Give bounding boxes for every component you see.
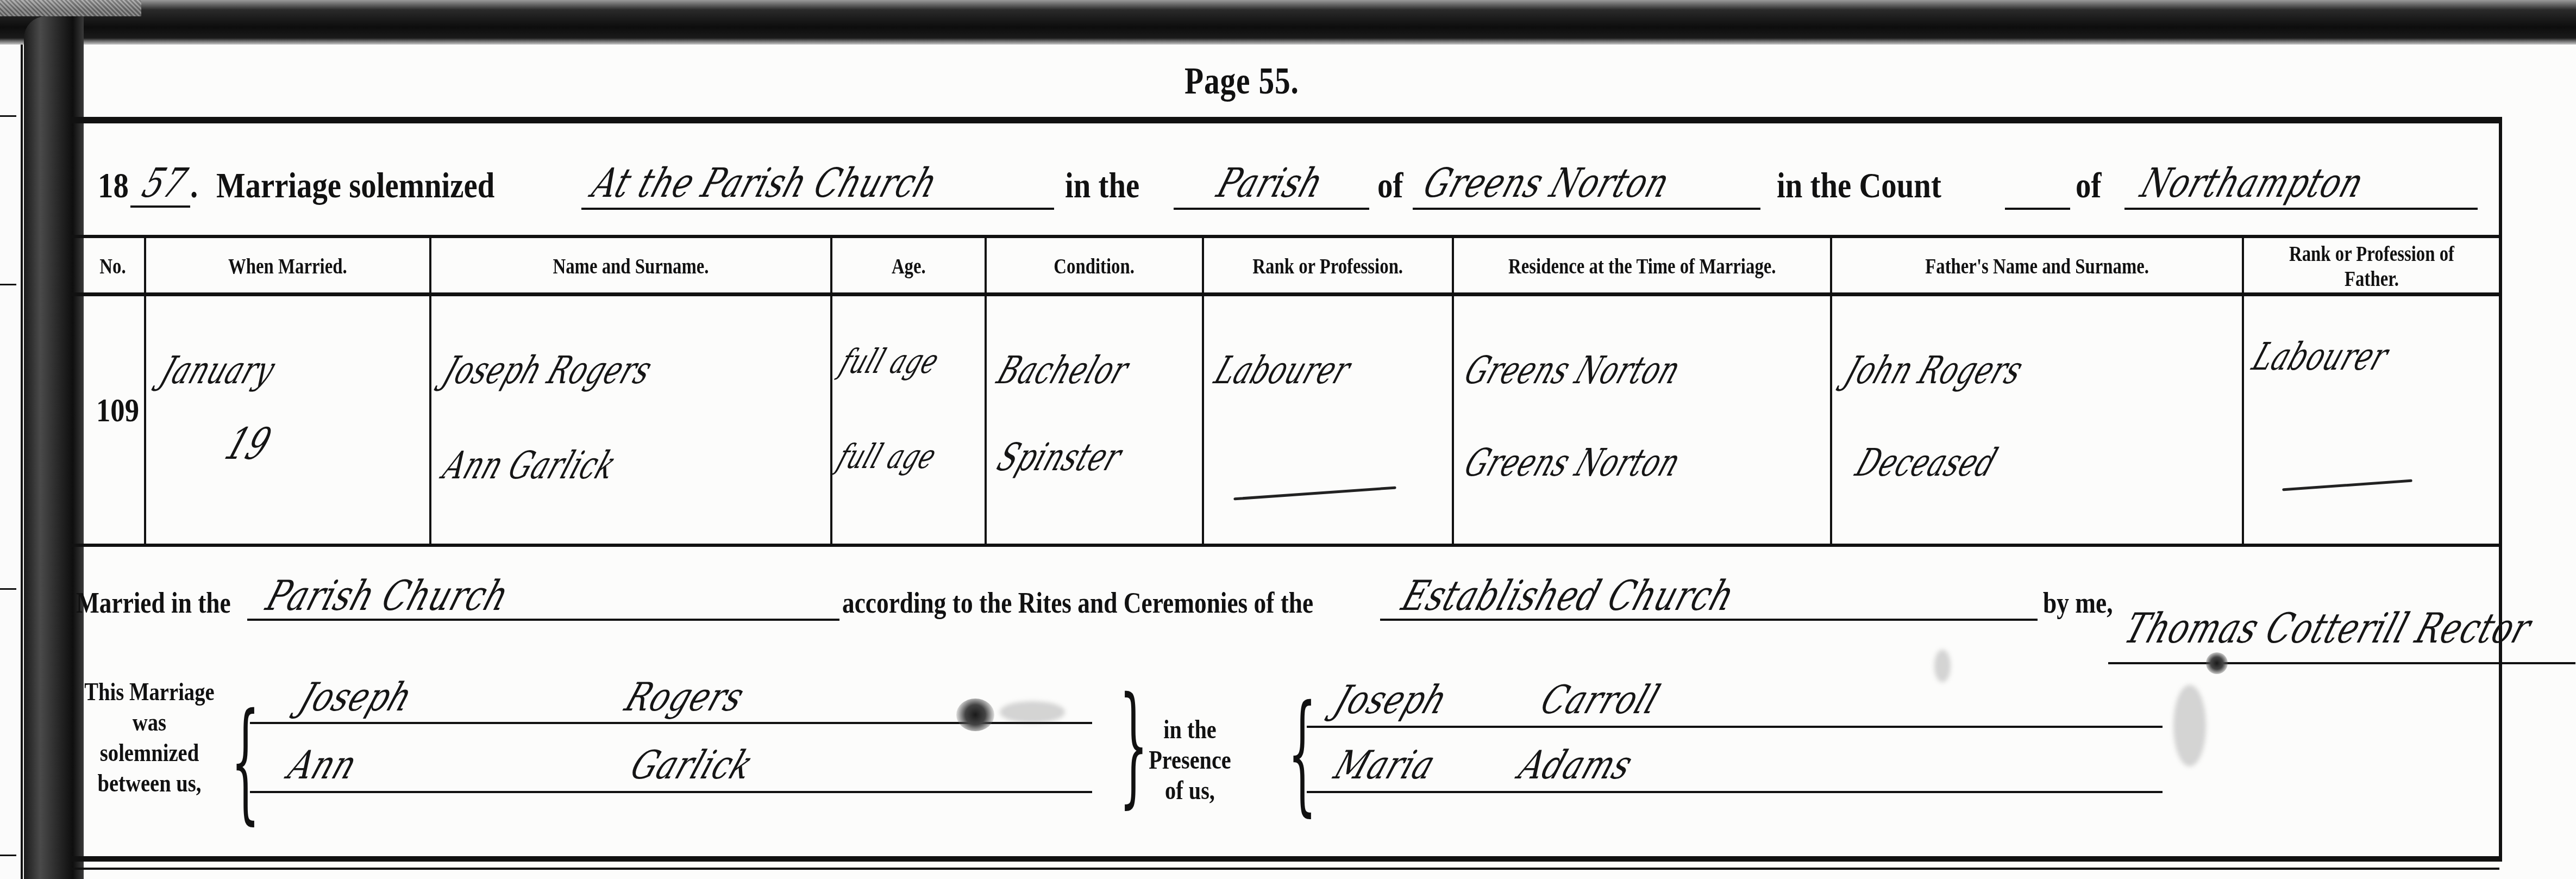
county-name-underline bbox=[2124, 208, 2478, 210]
register-title-line: 18 57 . Marriage solemnized At the Paris… bbox=[92, 147, 2499, 212]
previous-page-margin bbox=[0, 45, 23, 879]
year-dot: . bbox=[190, 165, 198, 207]
column-header-rank: Rank or Profession. bbox=[1204, 239, 1452, 294]
entry-number: 109 bbox=[96, 391, 139, 430]
column-header-condition: Condition. bbox=[987, 239, 1202, 294]
groom-father-name: John Rogers bbox=[1847, 348, 2089, 392]
entry-bottom-rule bbox=[71, 544, 2502, 547]
bride-condition: Spinster bbox=[1000, 435, 1167, 479]
witness-2-signature-line bbox=[1307, 791, 2163, 793]
margin-rule bbox=[0, 115, 16, 117]
married-in-value: Parish Church bbox=[261, 571, 515, 620]
groom-residence: Greens Norton bbox=[1467, 348, 1761, 392]
year-suffix: 57 bbox=[137, 160, 193, 207]
district-name-underline bbox=[1413, 208, 1760, 210]
ink-smudge bbox=[2173, 685, 2206, 766]
place-underline bbox=[581, 208, 1054, 210]
married-in-line: Married in the Parish Church according t… bbox=[76, 560, 2502, 631]
frame-bottom-rule bbox=[71, 868, 2499, 870]
ink-smudge bbox=[1934, 650, 1951, 682]
rites-underline bbox=[1380, 619, 2038, 621]
married-in-label: Married in the bbox=[76, 586, 231, 620]
margin-rule bbox=[0, 284, 16, 285]
groom-condition: Bachelor bbox=[1000, 348, 1176, 392]
ink-blot bbox=[2206, 652, 2228, 674]
header-top-rule bbox=[71, 235, 2502, 238]
between-us-label: This Marriage was solemnized between us, bbox=[71, 677, 228, 799]
married-in-underline bbox=[247, 619, 839, 621]
presence-label: in the Presence of us, bbox=[1136, 715, 1244, 806]
bride-residence: Greens Norton bbox=[1467, 440, 1761, 485]
year-prefix: 18 bbox=[98, 165, 129, 207]
groom-father-rank: Labourer bbox=[2255, 334, 2438, 379]
officiant-signature: Thomas Cotterill Rector bbox=[2119, 604, 2537, 652]
column-header-residence: Residence at the Time of Marriage. bbox=[1454, 239, 1830, 294]
column-header-no: No. bbox=[82, 239, 144, 294]
column-header-father-name: Father's Name and Surname. bbox=[1832, 239, 2242, 294]
when-married-day: 19 bbox=[228, 419, 285, 469]
column-header-when-married: When Married. bbox=[146, 239, 429, 294]
district-name-value: Greens Norton bbox=[1418, 160, 1675, 207]
in-the-label: in the bbox=[1065, 165, 1139, 207]
of-label-1: of bbox=[1377, 165, 1403, 207]
witness-1-signature-line bbox=[1307, 726, 2163, 728]
according-label: according to the Rites and Ceremonies of… bbox=[842, 586, 1313, 620]
district-type-value: Parish bbox=[1212, 160, 1329, 207]
margin-rule bbox=[0, 588, 16, 590]
party-signature-bride: Ann Garlick bbox=[250, 747, 1092, 791]
column-header-age: Age. bbox=[832, 239, 985, 294]
bride-name: Ann Garlick bbox=[446, 443, 680, 488]
ink-smudge bbox=[1000, 701, 1065, 723]
in-the-county-label: in the Count bbox=[1777, 165, 1941, 207]
district-type-underline bbox=[1174, 208, 1369, 210]
binding-top-edge bbox=[0, 0, 2576, 45]
column-header-father-rank: Rank or Profession of Father. bbox=[2244, 239, 2499, 294]
place-value: At the Parish Church bbox=[587, 160, 943, 207]
ink-blot bbox=[956, 699, 994, 731]
year-underline bbox=[130, 205, 190, 208]
margin-rule bbox=[0, 855, 16, 856]
groom-name: Joseph Rogers bbox=[446, 348, 730, 392]
scan-noise bbox=[0, 0, 141, 16]
witness-signature-1: Joseph Carroll bbox=[1307, 682, 2163, 726]
witness-signature-2: Maria Adams bbox=[1307, 747, 2163, 791]
bride-signature-line bbox=[250, 791, 1092, 793]
groom-age: full age bbox=[842, 342, 978, 381]
officiant-underline bbox=[2108, 662, 2575, 664]
bride-age: full age bbox=[839, 438, 975, 476]
column-header-name: Name and Surname. bbox=[431, 239, 830, 294]
county-suffix-underline bbox=[2005, 208, 2070, 210]
bride-father-name: Deceased bbox=[1858, 440, 2048, 485]
when-married-month: January bbox=[163, 348, 316, 392]
county-name-value: Northampton bbox=[2135, 160, 2370, 207]
rites-value: Established Church bbox=[1396, 571, 1741, 620]
page-number-title: Page 55. bbox=[1184, 60, 1299, 103]
by-me-label: by me, bbox=[2043, 586, 2113, 620]
marriage-solemnized-label: Marriage solemnized bbox=[216, 165, 494, 207]
groom-rank: Labourer bbox=[1217, 348, 1400, 392]
of-label-2: of bbox=[2076, 165, 2101, 207]
